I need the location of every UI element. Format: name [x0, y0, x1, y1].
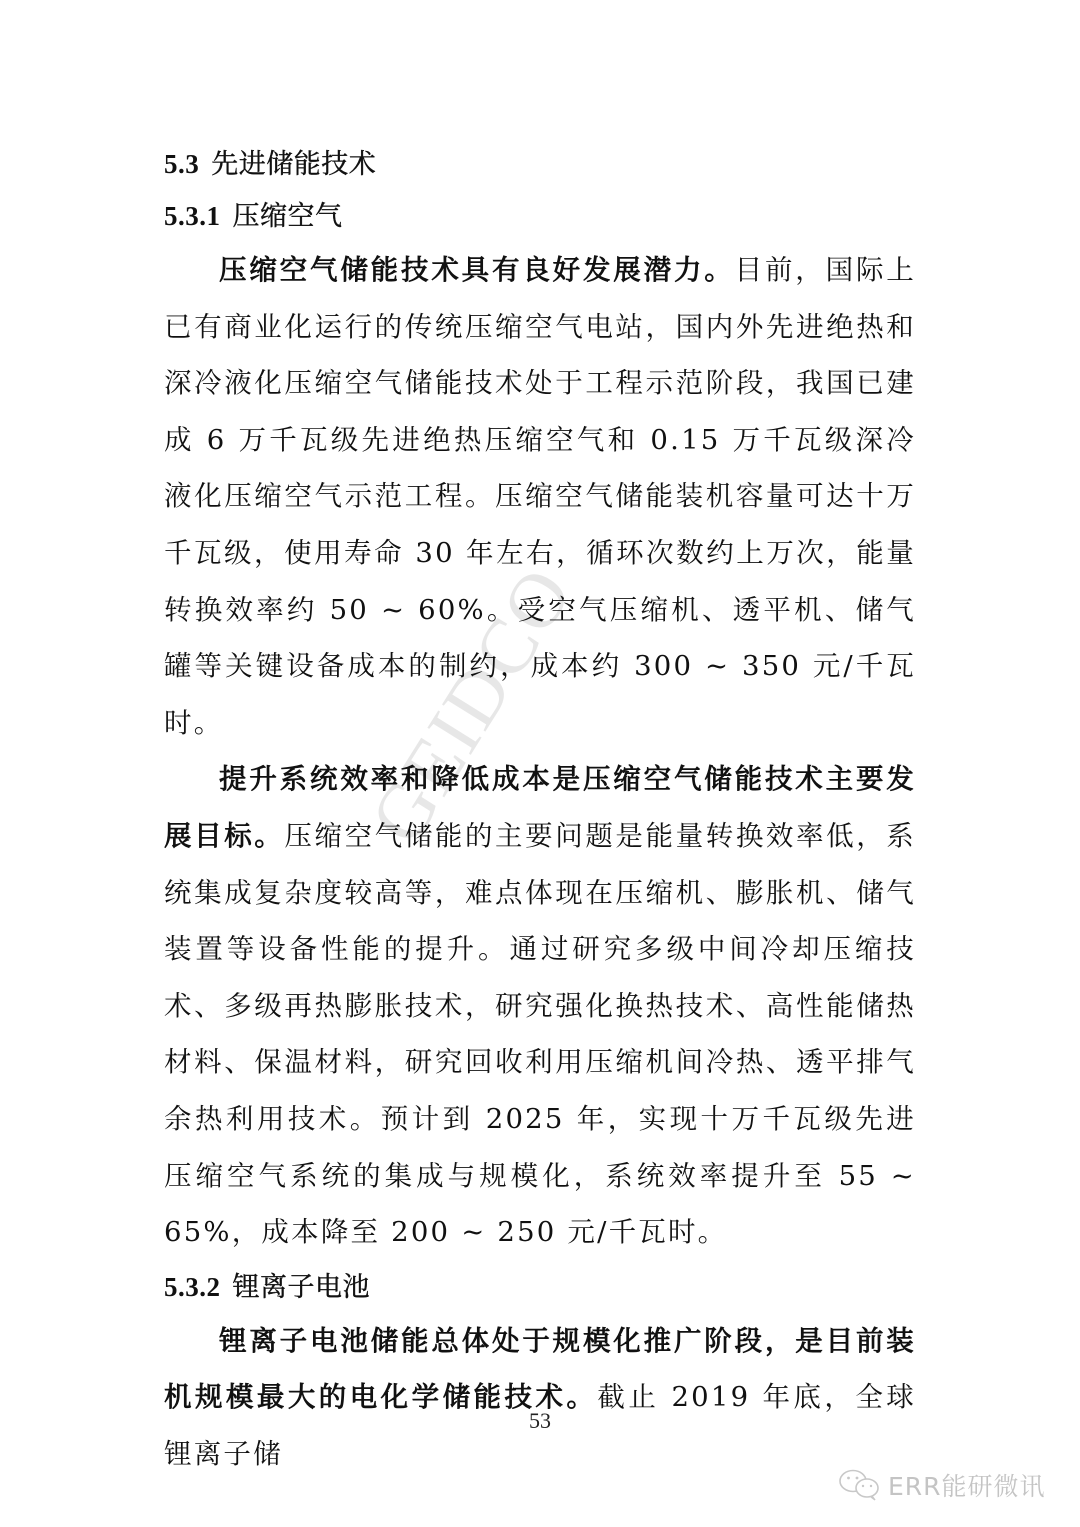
document-page: GEIDCO 5.3先进储能技术 5.3.1压缩空气 压缩空气储能技术具有良好发…	[0, 0, 1080, 1527]
section-heading-5-3-1: 5.3.1压缩空气	[164, 190, 916, 242]
section-number: 5.3	[164, 149, 199, 179]
section-number: 5.3.2	[164, 1272, 221, 1302]
paragraph-body: 压缩空气储能的主要问题是能量转换效率低，系统集成复杂度较高等，难点体现在压缩机、…	[164, 820, 916, 1248]
wechat-account-name: ERR能研微讯	[888, 1467, 1046, 1503]
paragraph-body: 目前，国际上已有商业化运行的传统压缩空气电站，国内外先进绝热和深冷液化压缩空气储…	[164, 254, 916, 739]
section-title: 先进储能技术	[211, 149, 376, 180]
page-number: 53	[0, 1408, 1080, 1434]
wechat-account-tag: ERR能研微讯	[838, 1467, 1046, 1503]
paragraph: 锂离子电池储能总体处于规模化推广阶段，是目前装机规模最大的电化学储能技术。截止 …	[164, 1313, 916, 1483]
section-title: 锂离子电池	[233, 1272, 371, 1303]
paragraph-lead: 压缩空气储能技术具有良好发展潜力。	[219, 254, 735, 286]
page-content: 5.3先进储能技术 5.3.1压缩空气 压缩空气储能技术具有良好发展潜力。目前，…	[164, 138, 916, 1482]
section-heading-5-3: 5.3先进储能技术	[164, 138, 916, 190]
paragraph: 提升系统效率和降低成本是压缩空气储能技术主要发展目标。压缩空气储能的主要问题是能…	[164, 751, 916, 1260]
paragraph: 压缩空气储能技术具有良好发展潜力。目前，国际上已有商业化运行的传统压缩空气电站，…	[164, 242, 916, 751]
section-number: 5.3.1	[164, 201, 221, 231]
wechat-icon	[838, 1468, 882, 1502]
section-heading-5-3-2: 5.3.2锂离子电池	[164, 1261, 916, 1313]
section-title: 压缩空气	[233, 201, 343, 232]
